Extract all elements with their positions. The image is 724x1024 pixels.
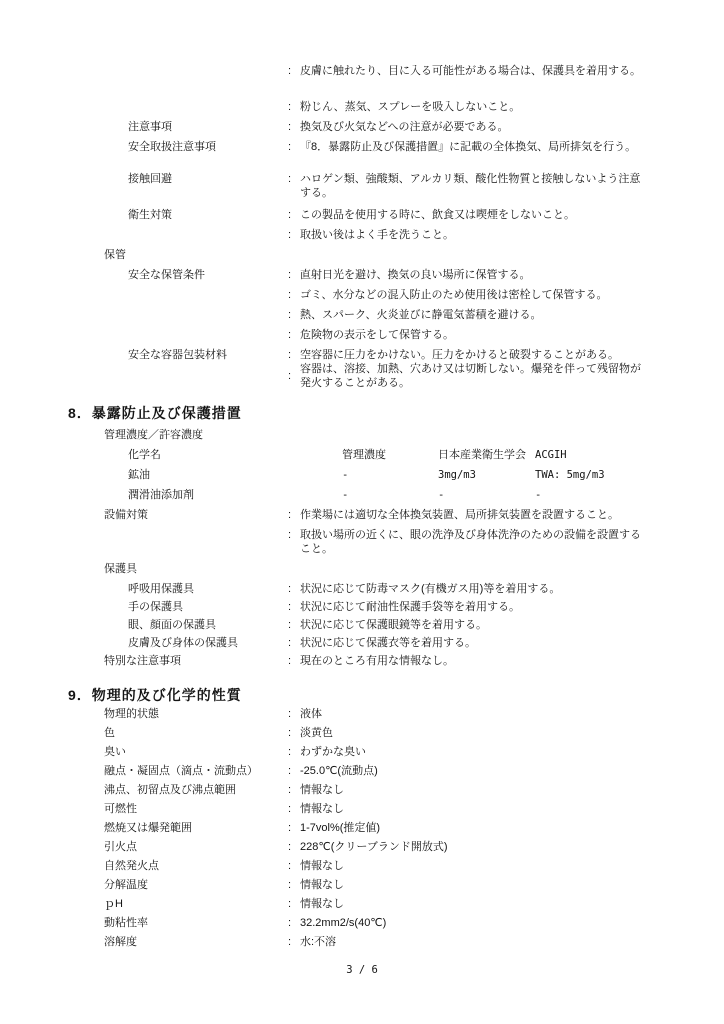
flash-point-row: 引火点 : 228℃(クリーブランド開放式) — [0, 840, 724, 854]
boiling-point-row: 沸点、初留点及び沸点範囲 : 情報なし — [0, 783, 724, 797]
colon-separator: : — [288, 64, 300, 78]
column-header-jsoh: 日本産業衛生学会 — [438, 448, 535, 462]
field-value: -25.0℃(流動点) — [300, 764, 378, 778]
physical-state-row: 物理的状態 : 液体 — [0, 707, 724, 721]
storage-sealing-note-row: : ゴミ、水分などの混入防止のため使用後は密栓して保管する。 — [0, 288, 724, 302]
section-8-heading: 8．暴露防止及び保護措置 — [0, 404, 724, 422]
sds-document-page: : 皮膚に触れたり、目に入る可能性がある場合は、保護具を着用する。 : 粉じん、… — [0, 0, 724, 1024]
field-label: 分解温度 — [104, 878, 288, 892]
exposure-table-header-row: 化学名 管理濃度 日本産業衛生学会 ACGIH — [128, 448, 724, 462]
field-value: 『8．暴露防止及び保護措置』に記載の全体換気、局所排気を行う。 — [300, 140, 636, 154]
eye-face-protection-row: 眼、顔面の保護具 : 状況に応じて保護眼鏡等を着用する。 — [0, 618, 724, 632]
field-label: 安全取扱注意事項 — [128, 140, 288, 154]
protective-equipment-group-label: 保護具 — [0, 562, 724, 576]
field-label: 引火点 — [104, 840, 288, 854]
decomposition-temperature-row: 分解温度 : 情報なし — [0, 878, 724, 892]
field-label: 手の保護具 — [128, 600, 288, 614]
field-value: 状況に応じて保護眼鏡等を着用する。 — [300, 618, 487, 632]
field-label: 色 — [104, 726, 288, 740]
colon-separator: : — [288, 745, 300, 759]
field-label: 特別な注意事項 — [104, 654, 288, 668]
field-value: 情報なし — [300, 783, 344, 797]
storage-group-label: 保管 — [0, 248, 724, 262]
page-number: 3 / 6 — [0, 963, 724, 977]
colon-separator: : — [288, 783, 300, 797]
special-precautions-row: 特別な注意事項 : 現在のところ有用な情報なし。 — [0, 654, 724, 668]
field-label: 自然発火点 — [104, 859, 288, 873]
colon-separator: : — [288, 878, 300, 892]
field-label: 臭い — [104, 745, 288, 759]
melting-point-row: 融点・凝固点（滴点・流動点） : -25.0℃(流動点) — [0, 764, 724, 778]
safe-storage-conditions-row: 安全な保管条件 : 直射日光を避け、換気の良い場所に保管する。 — [0, 268, 724, 282]
field-value: 皮膚に触れたり、目に入る可能性がある場合は、保護具を着用する。 — [300, 64, 641, 78]
colon-separator: : — [288, 228, 300, 242]
field-label: 燃焼又は爆発範囲 — [104, 821, 288, 835]
field-label: 皮膚及び身体の保護具 — [128, 636, 288, 650]
field-value: 状況に応じて耐油性保護手袋等を着用する。 — [300, 600, 520, 614]
colon-separator: : — [288, 172, 300, 186]
field-label: 動粘性率 — [104, 916, 288, 930]
field-value: 液体 — [300, 707, 322, 721]
safe-handling-precautions-row: 安全取扱注意事項 : 『8．暴露防止及び保護措置』に記載の全体換気、局所排気を行… — [0, 140, 724, 154]
cell-acgih-limit: TWA: 5mg/m3 — [535, 468, 724, 482]
container-packaging-row: 安全な容器包装材料 : 空容器に圧力をかけない。圧力をかけると破裂することがある… — [0, 348, 724, 362]
wash-hands-note-row: : 取扱い後はよく手を洗うこと。 — [0, 228, 724, 242]
field-value: 換気及び火気などへの注意が必要である。 — [300, 120, 509, 134]
colon-separator: : — [288, 707, 300, 721]
skin-contact-note-row: : 皮膚に触れたり、目に入る可能性がある場合は、保護具を着用する。 — [0, 64, 724, 78]
field-label: 衛生対策 — [128, 208, 288, 222]
skin-body-protection-row: 皮膚及び身体の保護具 : 状況に応じて保護衣等を着用する。 — [0, 636, 724, 650]
colon-separator: : — [288, 636, 300, 650]
table-row-lubricant-additive: 潤滑油添加剤 - - - — [128, 488, 724, 502]
eye-wash-facility-row: : 取扱い場所の近くに、眼の洗浄及び身体洗浄のための設備を設置すること。 — [0, 528, 724, 556]
inhalation-note-row: : 粉じん、蒸気、スプレーを吸入しないこと。 — [0, 100, 724, 114]
field-value: 容器は、溶接、加熱、穴あけ又は切断しない。爆発を伴って残留物が発火することがある… — [300, 362, 646, 390]
ph-row: ｐH : 情報なし — [0, 897, 724, 911]
autoignition-temperature-row: 自然発火点 : 情報なし — [0, 859, 724, 873]
cell-jsoh-limit: - — [438, 488, 535, 502]
control-concentration-group-label: 管理濃度／許容濃度 — [0, 428, 724, 442]
field-value: 情報なし — [300, 802, 344, 816]
field-label: 溶解度 — [104, 935, 288, 949]
colon-separator: : — [288, 600, 300, 614]
field-value: 水:不溶 — [300, 935, 336, 949]
contact-avoidance-row: 接触回避 : ハロゲン類、強酸類、アルカリ類、酸化性物質と接触しないよう注意する… — [0, 172, 724, 200]
column-header-acgih: ACGIH — [535, 448, 724, 462]
field-value: 1-7vol%(推定値) — [300, 821, 380, 835]
field-value: 現在のところ有用な情報なし。 — [300, 654, 454, 668]
color-row: 色 : 淡黄色 — [0, 726, 724, 740]
field-value: 情報なし — [300, 897, 344, 911]
colon-separator: : — [288, 528, 300, 542]
colon-separator: : — [288, 764, 300, 778]
colon-separator: : — [288, 208, 300, 222]
field-label: 呼吸用保護具 — [128, 582, 288, 596]
field-label: ｐH — [104, 897, 288, 911]
field-value: 淡黄色 — [300, 726, 333, 740]
colon-separator: : — [288, 654, 300, 668]
field-value: 状況に応じて保護衣等を着用する。 — [300, 636, 476, 650]
field-value: 危険物の表示をして保管する。 — [300, 328, 454, 342]
field-label: 融点・凝固点（滴点・流動点） — [104, 764, 288, 778]
field-value: 取扱い場所の近くに、眼の洗浄及び身体洗浄のための設備を設置すること。 — [300, 528, 646, 556]
field-label: 安全な容器包装材料 — [128, 348, 288, 362]
colon-separator: : — [288, 348, 300, 362]
colon-separator: : — [288, 618, 300, 632]
field-value: 情報なし — [300, 859, 344, 873]
cell-control-concentration: - — [342, 468, 438, 482]
caution-note-row: 注意事項 : 換気及び火気などへの注意が必要である。 — [0, 120, 724, 134]
column-header-chemical-name: 化学名 — [128, 448, 342, 462]
kinematic-viscosity-row: 動粘性率 : 32.2mm2/s(40℃) — [0, 916, 724, 930]
field-label: 沸点、初留点及び沸点範囲 — [104, 783, 288, 797]
heat-spark-avoidance-note-row: : 熱、スパーク、火炎並びに静電気蓄積を避ける。 — [0, 308, 724, 322]
colon-separator: : — [288, 140, 300, 154]
hand-protection-row: 手の保護具 : 状況に応じて耐油性保護手袋等を着用する。 — [0, 600, 724, 614]
hygiene-measures-row: 衛生対策 : この製品を使用する時に、飲食又は喫煙をしないこと。 — [0, 208, 724, 222]
colon-separator: : — [288, 916, 300, 930]
field-label: 物理的状態 — [104, 707, 288, 721]
column-header-control-concentration: 管理濃度 — [342, 448, 438, 462]
equipment-measures-row: 設備対策 : 作業場には適切な全体換気装置、局所排気装置を設置すること。 — [0, 508, 724, 522]
field-label: 注意事項 — [128, 120, 288, 134]
cell-chemical-name: 鉱油 — [128, 468, 342, 482]
colon-separator: : — [288, 369, 300, 383]
colon-separator: : — [288, 120, 300, 134]
field-value: 直射日光を避け、換気の良い場所に保管する。 — [300, 268, 531, 282]
field-value: この製品を使用する時に、飲食又は喫煙をしないこと。 — [300, 208, 575, 222]
hazmat-labeling-note-row: : 危険物の表示をして保管する。 — [0, 328, 724, 342]
field-label: 接触回避 — [128, 172, 288, 186]
colon-separator: : — [288, 582, 300, 596]
solubility-row: 溶解度 : 水:不溶 — [0, 935, 724, 949]
field-label: 可燃性 — [104, 802, 288, 816]
field-label: 設備対策 — [104, 508, 288, 522]
field-value: わずかな臭い — [300, 745, 366, 759]
exposure-limits-table: 化学名 管理濃度 日本産業衛生学会 ACGIH 鉱油 - 3mg/m3 TWA:… — [0, 448, 724, 502]
respiratory-protection-row: 呼吸用保護具 : 状況に応じて防毒マスク(有機ガス用)等を着用する。 — [0, 582, 724, 596]
field-value: 32.2mm2/s(40℃) — [300, 916, 386, 930]
field-value: ゴミ、水分などの混入防止のため使用後は密栓して保管する。 — [300, 288, 608, 302]
field-value: 熱、スパーク、火炎並びに静電気蓄積を避ける。 — [300, 308, 542, 322]
container-no-cutting-note-row: : 容器は、溶接、加熱、穴あけ又は切断しない。爆発を伴って残留物が発火することが… — [0, 362, 724, 390]
field-label: 眼、顔面の保護具 — [128, 618, 288, 632]
field-value: 228℃(クリーブランド開放式) — [300, 840, 447, 854]
field-value: 粉じん、蒸気、スプレーを吸入しないこと。 — [300, 100, 520, 114]
colon-separator: : — [288, 328, 300, 342]
colon-separator: : — [288, 268, 300, 282]
explosion-range-row: 燃焼又は爆発範囲 : 1-7vol%(推定値) — [0, 821, 724, 835]
colon-separator: : — [288, 308, 300, 322]
colon-separator: : — [288, 100, 300, 114]
odor-row: 臭い : わずかな臭い — [0, 745, 724, 759]
cell-jsoh-limit: 3mg/m3 — [438, 468, 535, 482]
colon-separator: : — [288, 897, 300, 911]
field-value: 取扱い後はよく手を洗うこと。 — [300, 228, 454, 242]
field-value: 作業場には適切な全体換気装置、局所排気装置を設置すること。 — [300, 508, 619, 522]
field-value: 空容器に圧力をかけない。圧力をかけると破裂することがある。 — [300, 348, 619, 362]
field-value: ハロゲン類、強酸類、アルカリ類、酸化性物質と接触しないよう注意する。 — [300, 172, 646, 200]
section-9-heading: 9．物理的及び化学的性質 — [0, 686, 724, 704]
colon-separator: : — [288, 508, 300, 522]
colon-separator: : — [288, 821, 300, 835]
table-row-mineral-oil: 鉱油 - 3mg/m3 TWA: 5mg/m3 — [128, 468, 724, 482]
colon-separator: : — [288, 802, 300, 816]
field-label: 安全な保管条件 — [128, 268, 288, 282]
cell-control-concentration: - — [342, 488, 438, 502]
colon-separator: : — [288, 840, 300, 854]
colon-separator: : — [288, 726, 300, 740]
colon-separator: : — [288, 288, 300, 302]
colon-separator: : — [288, 935, 300, 949]
cell-chemical-name: 潤滑油添加剤 — [128, 488, 342, 502]
colon-separator: : — [288, 859, 300, 873]
cell-acgih-limit: - — [535, 488, 724, 502]
field-value: 状況に応じて防毒マスク(有機ガス用)等を着用する。 — [300, 582, 560, 596]
flammability-row: 可燃性 : 情報なし — [0, 802, 724, 816]
field-value: 情報なし — [300, 878, 344, 892]
